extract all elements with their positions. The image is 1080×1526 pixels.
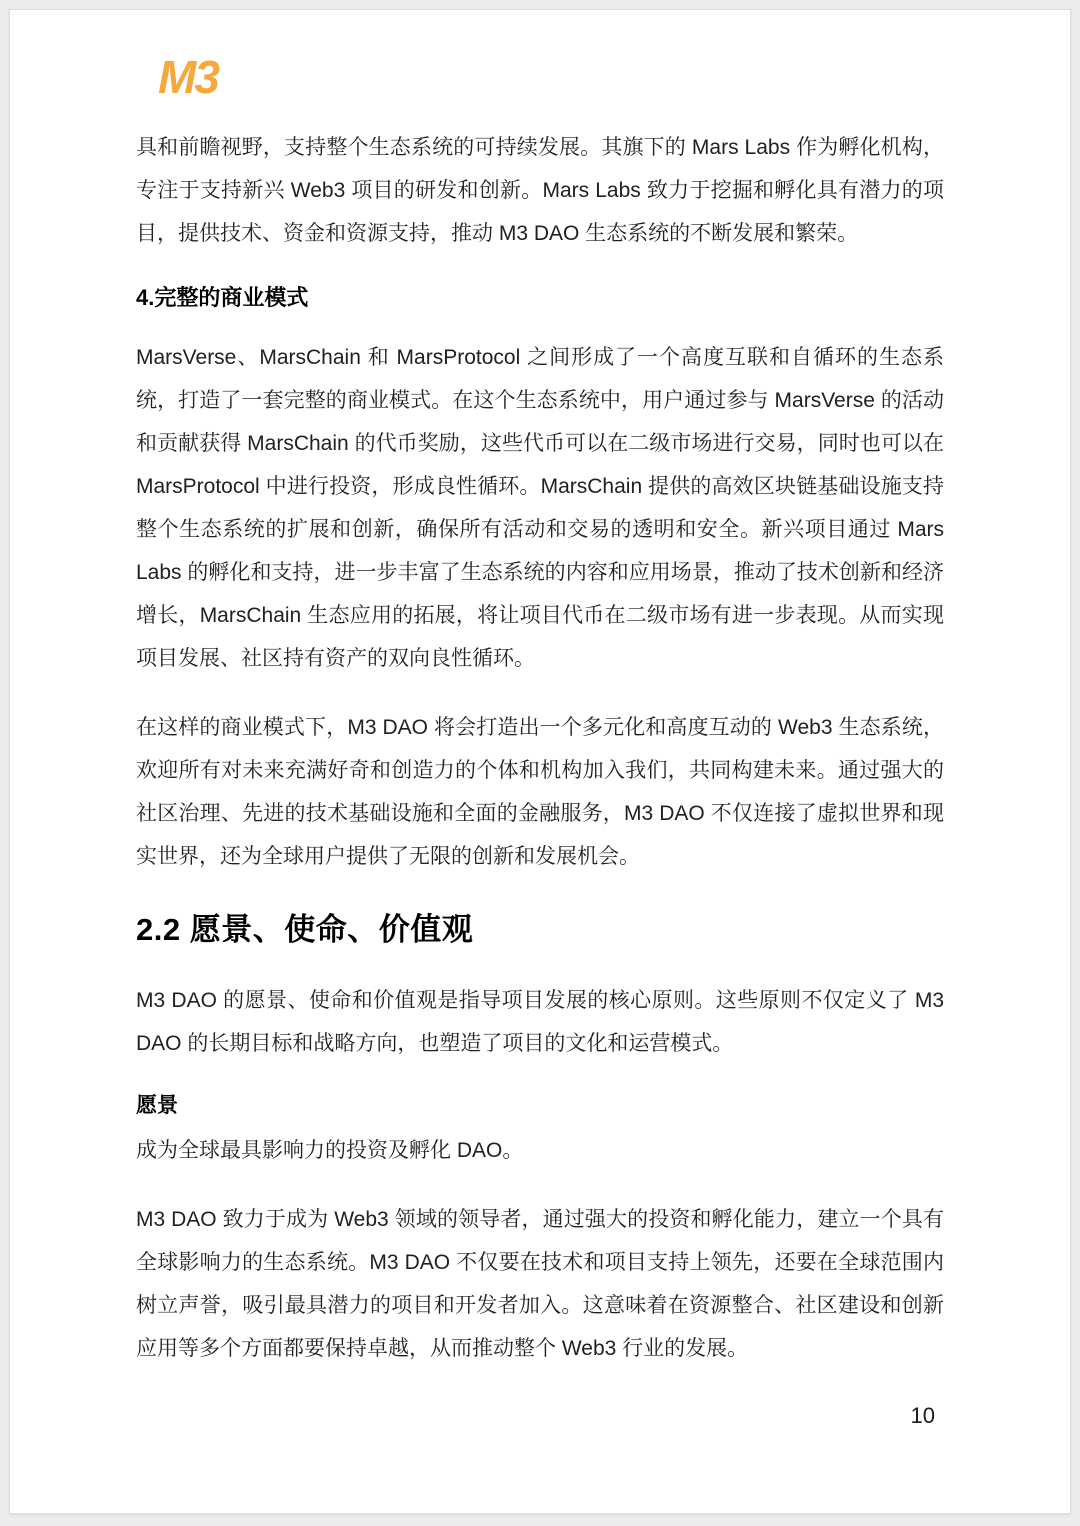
page-number: 10 <box>911 1403 935 1429</box>
document-page: M3 具和前瞻视野，支持整个生态系统的可持续发展。其旗下的 Mars Labs … <box>9 9 1071 1514</box>
heading-business-model: 4.完整的商业模式 <box>136 281 944 312</box>
paragraph-business-outlook: 在这样的商业模式下，M3 DAO 将会打造出一个多元化和高度互动的 Web3 生… <box>136 706 944 878</box>
paragraph-vision-intro: M3 DAO 的愿景、使命和价值观是指导项目发展的核心原则。这些原则不仅定义了 … <box>136 979 944 1065</box>
document-content: M3 具和前瞻视野，支持整个生态系统的可持续发展。其旗下的 Mars Labs … <box>136 10 944 1396</box>
paragraph-incubator: 具和前瞻视野，支持整个生态系统的可持续发展。其旗下的 Mars Labs 作为孵… <box>136 126 944 255</box>
heading-vision-section: 2.2 愿景、使命、价值观 <box>136 904 944 949</box>
paragraph-vision-detail: M3 DAO 致力于成为 Web3 领域的领导者，通过强大的投资和孵化能力，建立… <box>136 1198 944 1370</box>
paragraph-vision-statement: 成为全球最具影响力的投资及孵化 DAO。 <box>136 1129 944 1172</box>
paragraph-business-model: MarsVerse、MarsChain 和 MarsProtocol 之间形成了… <box>136 336 944 680</box>
subheading-vision: 愿景 <box>136 1089 944 1119</box>
m3-logo: M3 <box>158 54 218 100</box>
